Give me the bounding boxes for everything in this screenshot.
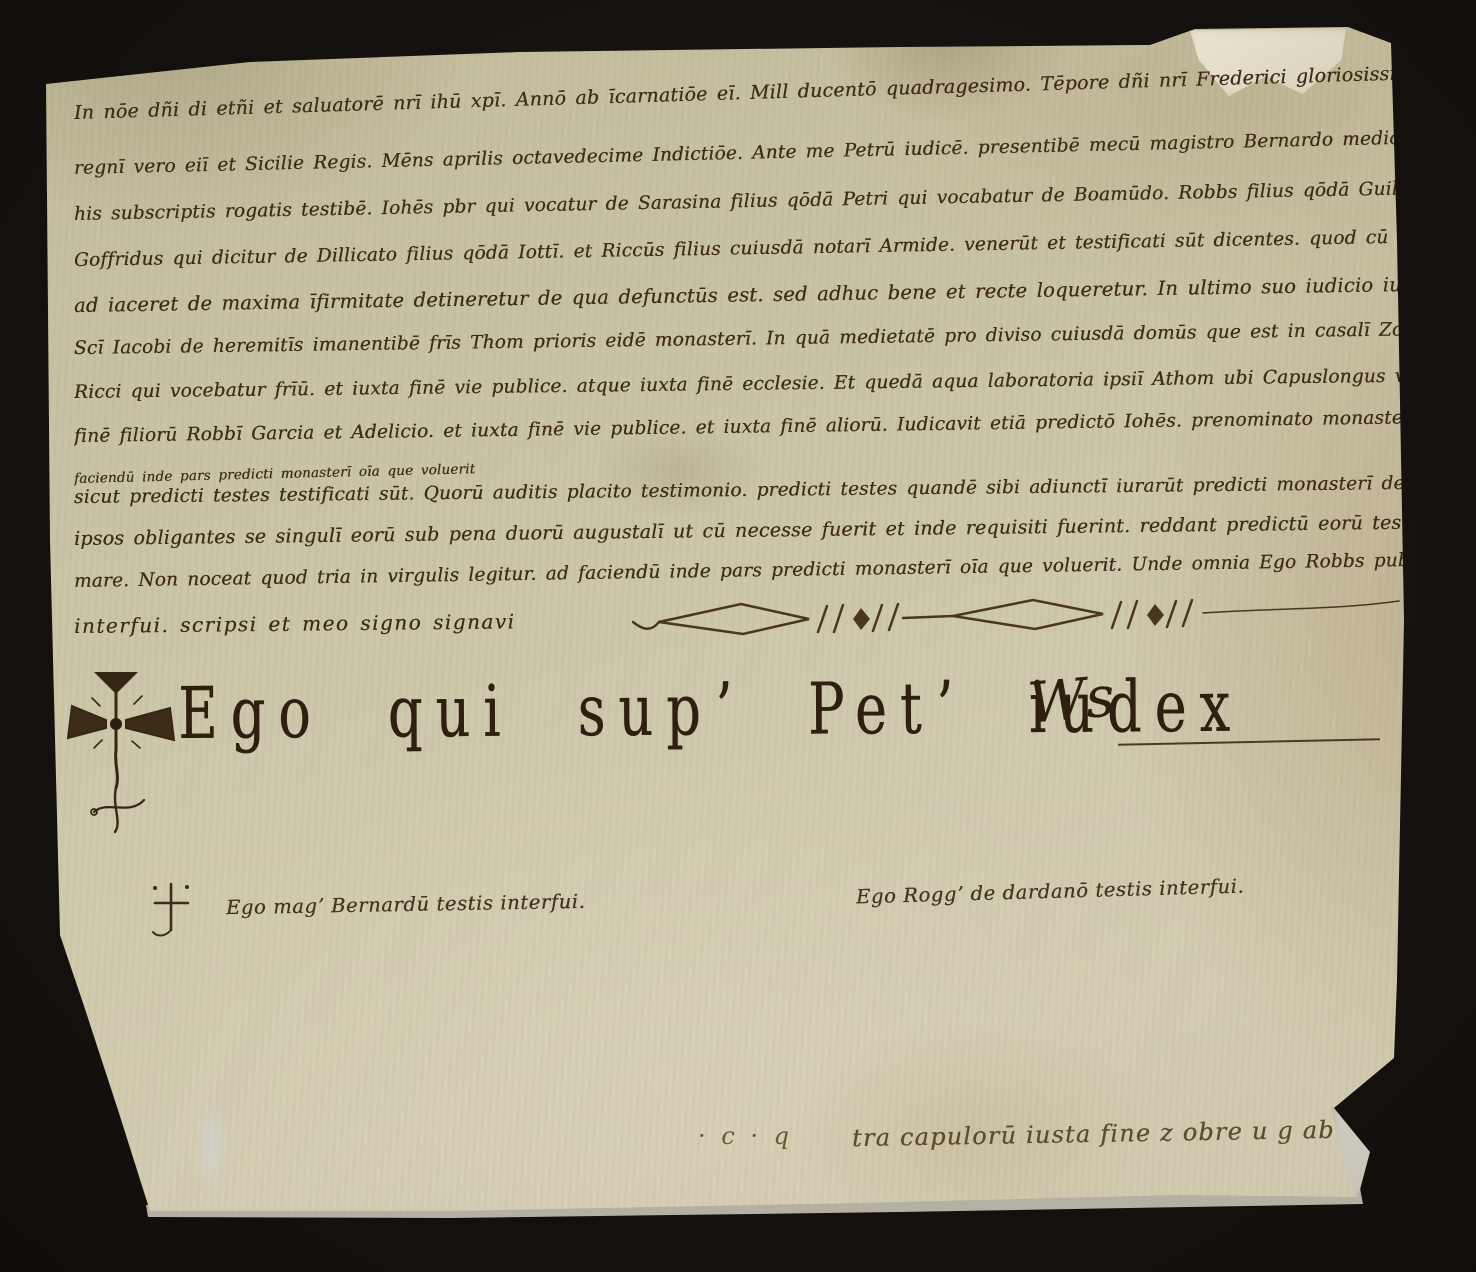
stain-smudge-bottom-left (194, 1098, 228, 1196)
charter-text-line: ad iaceret de maxima īfirmitate detinere… (74, 269, 1406, 324)
photo-background: In nōe dñi di etñi et saluatorē nrī ihū … (0, 0, 1476, 1272)
notarial-cross-icon (58, 664, 178, 834)
charter-text-line: In nōe dñi di etñi et saluatorē nrī ihū … (73, 57, 1405, 131)
dorsal-note-prefix: · c · q (698, 1122, 793, 1150)
charter-text-line: Goffridus qui dicitur de Dillicato filiu… (74, 222, 1406, 279)
charter-text-line: finē filiorū Robbī Garcia et Adelicio. e… (74, 402, 1406, 455)
notary-subscription-line: interfui. scripsi et meo signo signavi (74, 605, 516, 644)
torn-flap-bottom-right (1332, 1058, 1396, 1198)
witness-cross-icon (150, 876, 194, 942)
judge-monogram: Ws (1025, 664, 1117, 736)
witness-subscription-right: Ego Roggʼ de dardanō testis interfui. (856, 875, 1245, 909)
dorsal-note-text: tra capulorū iusta fine z obre u g ab (852, 1116, 1335, 1152)
notary-sign-flourish-icon (555, 592, 1400, 648)
parchment-charter: In nōe dñi di etñi et saluatorē nrī ihū … (0, 0, 1476, 1272)
witness-subscription-left: Ego magʼ Bernardū testis interfui. (226, 890, 586, 919)
charter-text-line: Ricci qui vocebatur frīū. et iuxta finē … (74, 361, 1406, 411)
charter-text-line: Scī Iacobi de heremitīs imanentibē frīs … (74, 314, 1406, 367)
